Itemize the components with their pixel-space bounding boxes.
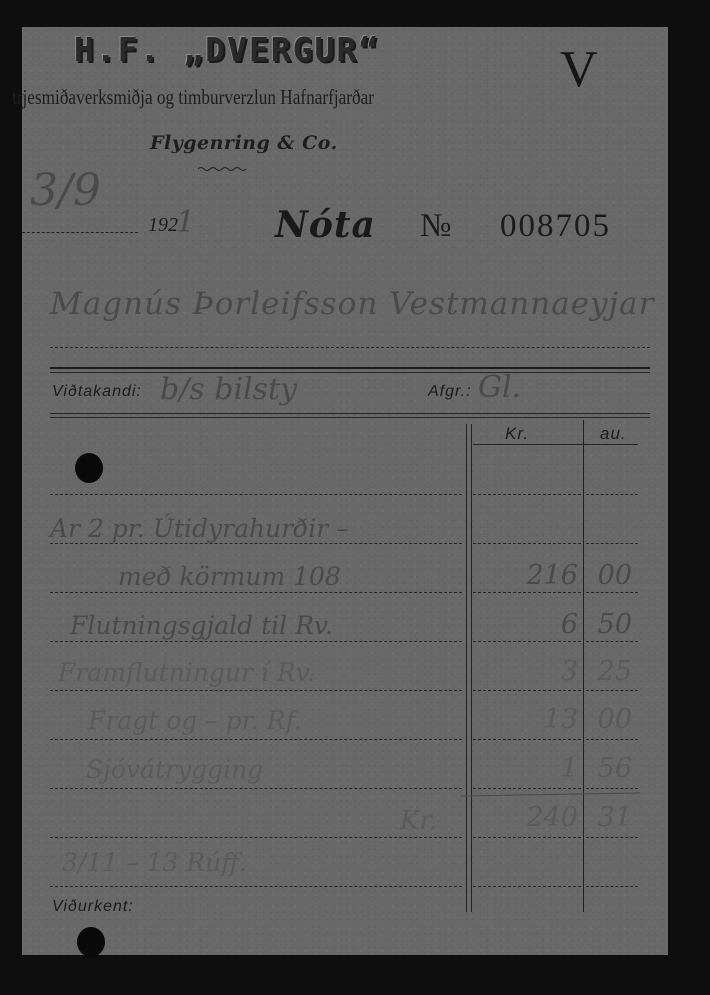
footnote-handwritten: 3/11 – 13 Rúff. xyxy=(62,848,247,877)
row-kr: 13 xyxy=(478,704,578,735)
row-rule xyxy=(50,494,462,495)
row-rule xyxy=(586,837,638,838)
year-handwritten: 1 xyxy=(176,205,195,240)
customer-line xyxy=(50,347,650,348)
row-kr: 216 xyxy=(478,560,578,591)
year-prefix: 192 xyxy=(148,214,178,237)
row-kr: 1 xyxy=(478,753,578,784)
row-rule xyxy=(473,886,581,887)
double-rule-bottom xyxy=(50,372,650,373)
row-au: 25 xyxy=(590,656,632,687)
row-rule xyxy=(473,494,581,495)
row-rule xyxy=(50,690,462,691)
row-rule xyxy=(473,690,581,691)
row-kr: 3 xyxy=(478,656,578,687)
row-rule xyxy=(586,543,638,544)
row-au: 56 xyxy=(590,753,632,784)
row-rule xyxy=(473,592,581,593)
row-rule xyxy=(50,837,462,838)
dispatch-label: Afgr.: xyxy=(428,383,472,401)
row-rule xyxy=(586,886,638,887)
table-divider-kr-au xyxy=(583,420,584,912)
table-divider-left-1 xyxy=(466,424,467,912)
row-rule xyxy=(473,837,581,838)
row-rule xyxy=(586,494,638,495)
row-rule xyxy=(473,641,581,642)
total-kr: 240 xyxy=(478,802,578,833)
date-handwritten: 3/9 xyxy=(30,165,101,216)
ornament-squiggle xyxy=(198,166,248,172)
row-rule xyxy=(50,641,462,642)
date-line xyxy=(22,232,138,233)
nota-number-label: № xyxy=(420,208,453,245)
table-divider-left-2 xyxy=(471,424,472,912)
company-subtitle: trjesmiðaverksmiðja og timburverzlun Haf… xyxy=(12,85,438,110)
row-rule xyxy=(50,592,462,593)
double-rule-top xyxy=(50,367,650,369)
table-top-rule-2 xyxy=(50,417,650,418)
row-rule xyxy=(50,739,462,740)
row-description: Ar 2 pr. Útidyrahurðir – xyxy=(50,514,349,543)
company-name: H.F. „DVERGUR“ xyxy=(62,30,392,69)
row-rule xyxy=(50,788,462,789)
receiver-label: Viðtakandi: xyxy=(52,383,142,401)
row-rule xyxy=(473,739,581,740)
nota-title: Nóta xyxy=(275,204,376,246)
dispatch-value: Gl. xyxy=(478,370,521,405)
customer-name-handwritten: Magnús Þorleifsson Vestmannaeyjar xyxy=(50,286,654,322)
row-au: 00 xyxy=(590,560,632,591)
row-rule xyxy=(586,641,638,642)
row-rule xyxy=(50,543,462,544)
column-header-kr: Kr. xyxy=(505,424,529,444)
row-rule xyxy=(50,886,462,887)
row-description: með körmum 108 xyxy=(118,562,341,591)
column-header-au: au. xyxy=(600,424,627,444)
row-rule xyxy=(586,592,638,593)
row-kr: 6 xyxy=(478,609,578,640)
receiver-value: b/s bilsty xyxy=(160,372,297,407)
row-rule xyxy=(586,739,638,740)
nota-number: 008705 xyxy=(500,208,611,245)
company-owner: Flygenring & Co. xyxy=(150,132,338,154)
row-au: 50 xyxy=(590,609,632,640)
row-description: Sjóvátrygging xyxy=(86,755,263,784)
row-au: 00 xyxy=(590,704,632,735)
row-rule xyxy=(473,543,581,544)
row-description: Framflutningur í Rv. xyxy=(58,658,315,687)
row-rule xyxy=(586,690,638,691)
row-rule xyxy=(473,788,581,789)
column-header-rule xyxy=(473,444,638,445)
table-top-rule-1 xyxy=(50,413,650,414)
punch-hole-top xyxy=(75,453,103,483)
row-rule xyxy=(586,788,638,789)
acknowledged-label: Viðurkent: xyxy=(52,898,134,916)
punch-hole-bottom xyxy=(77,927,105,957)
corner-mark: V xyxy=(560,40,598,99)
total-label: Kr. xyxy=(400,806,437,836)
row-description: Flutningsgjald til Rv. xyxy=(70,611,333,640)
total-au: 31 xyxy=(590,802,632,833)
row-description: Fragt og – pr. Rf. xyxy=(88,706,302,735)
